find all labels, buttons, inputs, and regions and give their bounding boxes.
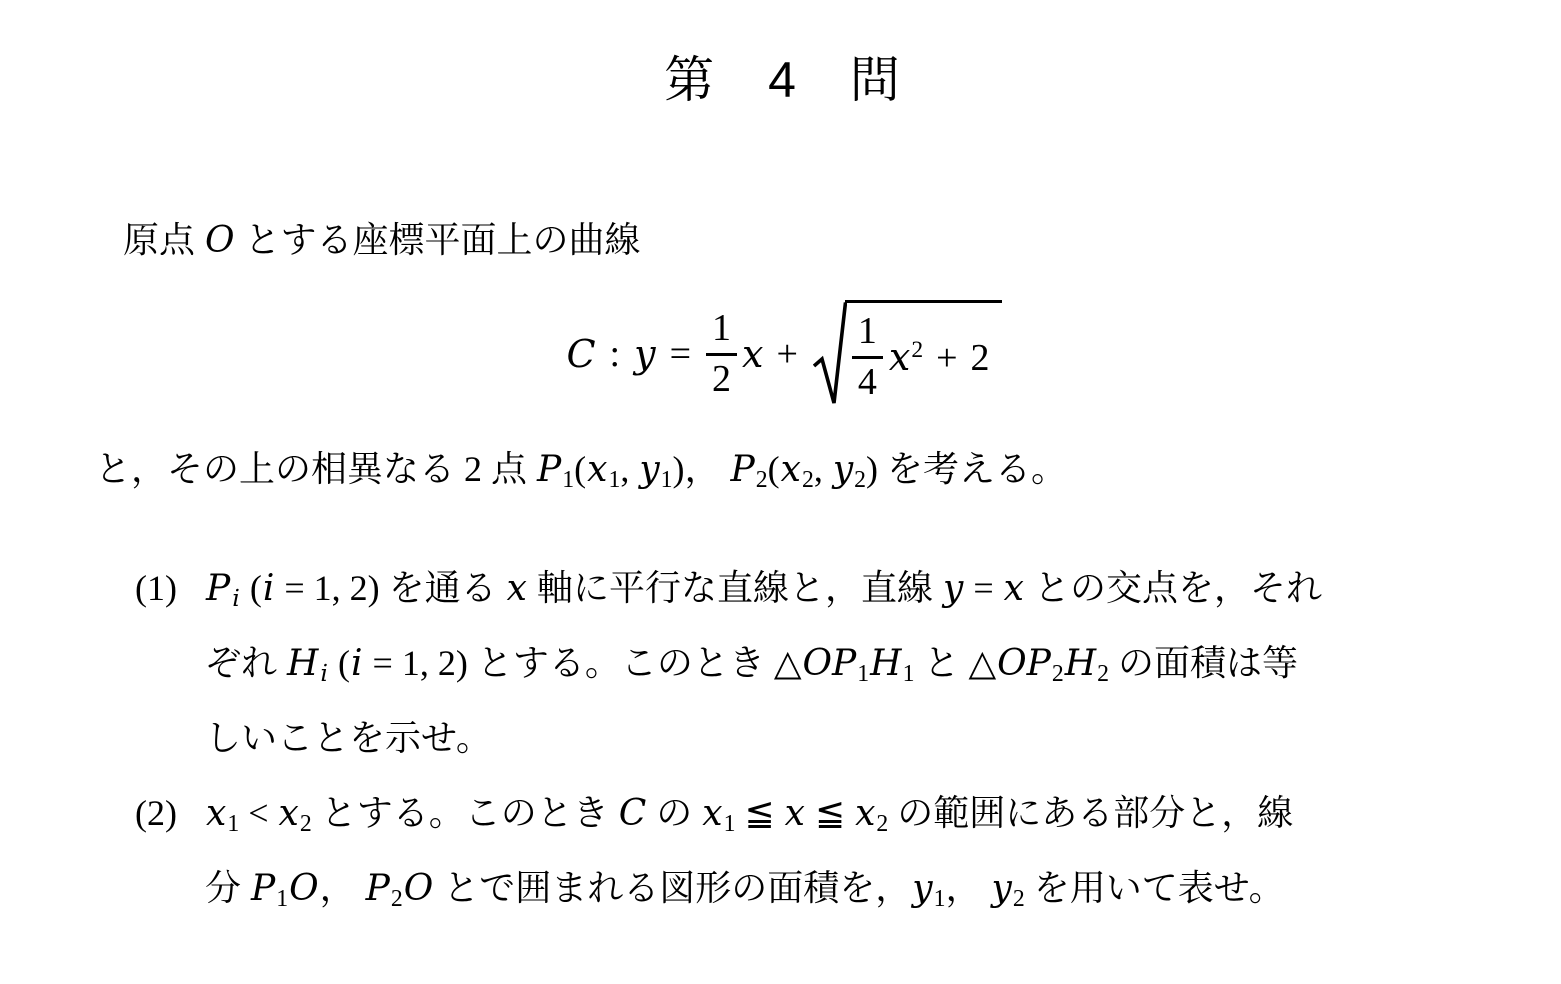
plain-text: の範囲にある部分と，線 [888,793,1293,833]
plain-text: 1 [227,811,239,837]
plain-text: = 1, 2) とする。このとき [364,643,774,683]
math-symbol-x: x [740,332,765,376]
math-constant: 2 [969,336,992,380]
plain-text: 分 [205,868,250,908]
item-label: (2) [135,776,177,851]
plain-text: 1 [276,886,288,912]
math-text: i [262,568,276,609]
plain-text: とする。このとき [312,793,618,833]
math-x-squared: x2 [886,335,925,380]
problem-item-1: (1) Pi (i = 1, 2) を通る x 軸に平行な直線と，直線 y = … [95,551,1471,776]
math-symbol-y: y [632,332,657,376]
plain-text: ( [768,449,780,489]
math-text: i [350,643,364,684]
math-text: x [506,568,528,609]
plain-text: = 1, 2) を通る [275,568,505,608]
plain-text: 2 [876,811,888,837]
fraction-denominator: 2 [706,356,737,402]
plain-text: とで囲まれる図形の面積を， [434,868,911,908]
plain-text: ≦ [806,793,854,833]
document-page: 第 4 問 原点 O とする座標平面上の曲線 C : y = 1 2 x + 1… [0,0,1561,984]
plain-text: = [964,568,1002,608]
plain-text: 1 [661,467,673,493]
plain-text: ( [574,449,586,489]
math-text: i [231,584,241,612]
fraction-numerator: 1 [852,310,883,359]
item-line: しいことを示せ。 [205,701,1471,776]
plain-text: と，その上の相異なる 2 点 [95,449,536,489]
plain-text: しいことを示せ。 [205,718,492,758]
math-text: x [784,793,806,834]
fraction-one-half: 1 2 [706,307,737,401]
radicand: 1 4 x2 + 2 [845,300,1002,408]
math-text: P [250,868,276,909]
plain-text: 1 [903,661,915,687]
item-label: (1) [135,551,177,626]
plain-text: ， [320,868,365,908]
math-text: H [286,643,319,684]
plain-text: と [914,643,968,683]
plain-text: との交点を，それ [1025,568,1322,608]
math-symbol-C: C [564,332,597,376]
plain-text: 軸に平行な直線と，直線 [528,568,942,608]
plain-text: の面積は等 [1109,643,1298,683]
plain-text: , [620,449,638,489]
plain-text: ぞれ [205,643,286,683]
plain-text: 2 [854,467,866,493]
math-text: O [288,868,320,909]
plain-text: △ [968,643,996,683]
problem-title: 第 4 問 [95,48,1471,113]
math-equals: = [670,332,691,376]
plain-text: △ [774,643,802,683]
item-line: ぞれ Hi (i = 1, 2) とする。このとき △OP1H1 と △OP2H… [205,626,1471,701]
math-symbol-x: x [888,335,911,379]
plain-text: 2 [802,467,814,493]
plain-text: 2 [300,811,312,837]
math-text: C [618,793,648,834]
fraction-one-quarter: 1 4 [852,310,883,404]
math-text: P [730,449,756,490]
plain-text: 2 [1097,661,1109,687]
intro-paragraph: 原点 O とする座標平面上の曲線 [95,215,1471,266]
math-text: x [278,793,300,834]
plain-text: 2 [756,467,768,493]
fraction-denominator: 4 [852,359,883,405]
math-text: OP [996,643,1052,684]
math-text: x [586,449,608,490]
math-text: y [991,868,1013,909]
item-line: x1 < x2 とする。このとき C の x1 ≦ x ≦ x2 の範囲にある部… [205,776,1471,851]
math-text: P [536,449,562,490]
problem-items: (1) Pi (i = 1, 2) を通る x 軸に平行な直線と，直線 y = … [95,551,1471,926]
math-plus: + [936,336,957,380]
math-text: x [1003,568,1025,609]
points-paragraph: と，その上の相異なる 2 点 P1(x1, y1)， P2(x2, y2) を考… [95,444,1471,495]
plain-text: とする座標平面上の曲線 [236,220,641,260]
plain-text: 1 [934,886,946,912]
plain-text: ( [329,643,350,683]
plain-text: ) を考える。 [866,449,1067,489]
page-content: 第 4 問 原点 O とする座標平面上の曲線 C : y = 1 2 x + 1… [0,0,1561,926]
plain-text: の [647,793,701,833]
fraction-numerator: 1 [706,307,737,356]
item-line: Pi (i = 1, 2) を通る x 軸に平行な直線と，直線 y = x との… [205,551,1471,626]
plain-text: < [239,793,277,833]
math-text: x [854,793,876,834]
plain-text: 原点 [123,220,204,260]
plain-text: 2 [391,886,403,912]
math-text: P [365,868,391,909]
math-text: x [701,793,723,834]
radical-sign-icon [813,300,847,408]
math-text: P [205,568,231,609]
plain-text: ， [946,868,991,908]
plain-text: 1 [857,661,869,687]
math-text: H [869,643,902,684]
square-root: 1 4 x2 + 2 [813,300,1002,408]
math-text: y [911,868,933,909]
plain-text: 2 [1013,886,1025,912]
curve-equation: C : y = 1 2 x + 1 4 x2 + [95,294,1471,414]
math-text: y [832,449,854,490]
math-text: x [780,449,802,490]
plain-text: ≦ [735,793,783,833]
math-plus: + [776,332,797,376]
math-text: O [204,220,236,261]
math-text: y [942,568,964,609]
plain-text: )， [673,449,730,489]
math-text: H [1064,643,1097,684]
math-text: i [319,659,329,687]
item-line: 分 P1O， P2O とで囲まれる図形の面積を，y1， y2 を用いて表せ。 [205,851,1471,926]
math-text: OP [802,643,858,684]
plain-text: 1 [608,467,620,493]
plain-text: , [814,449,832,489]
problem-item-2: (2) x1 < x2 とする。このとき C の x1 ≦ x ≦ x2 の範囲… [95,776,1471,926]
math-text: y [638,449,660,490]
exponent: 2 [911,337,923,363]
plain-text: 1 [724,811,736,837]
plain-text: ( [241,568,262,608]
math-text: O [403,868,435,909]
math-text: x [205,793,227,834]
plain-text: 1 [562,467,574,493]
plain-text: 2 [1052,661,1064,687]
plain-text: を用いて表せ。 [1025,868,1285,908]
math-colon: : [610,332,621,376]
